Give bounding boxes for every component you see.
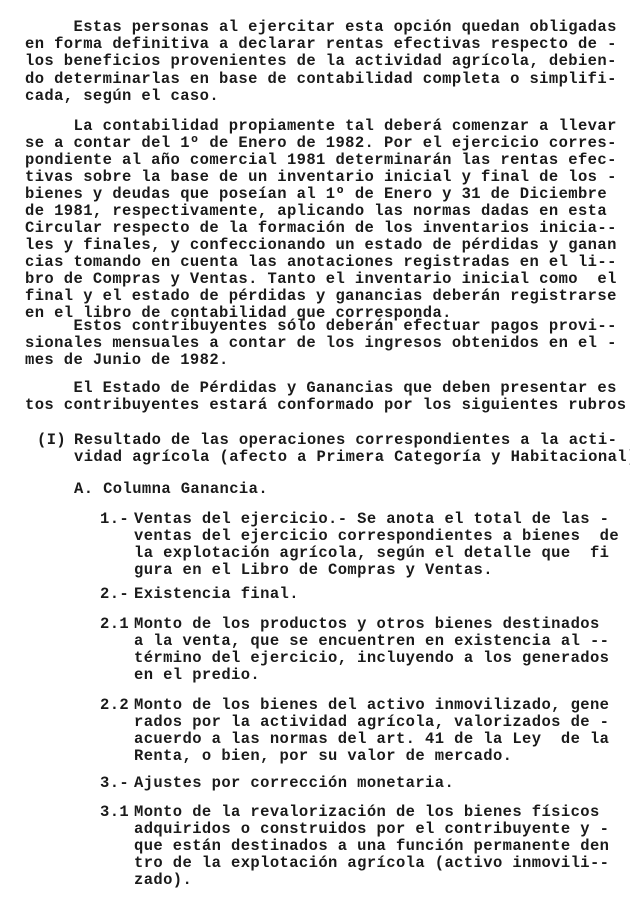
- text-line: ventas del ejercicio correspondientes a …: [134, 528, 619, 545]
- text-line: zado).: [134, 872, 192, 889]
- text-line: rados por la actividad agrícola, valoriz…: [134, 714, 609, 731]
- text-line: Estos contribuyentes sólo deberán efectu…: [25, 318, 617, 335]
- text-line: acuerdo a las normas del art. 41 de la L…: [134, 731, 609, 748]
- item-number: 2.1: [100, 616, 129, 633]
- text-line: final y el estado de pérdidas y ganancia…: [25, 288, 617, 305]
- section-marker: (I): [37, 432, 66, 449]
- text-line: Renta, o bien, por su valor de mercado.: [134, 748, 512, 765]
- text-line: cada, según el caso.: [25, 88, 219, 105]
- text-line: les y finales, y confeccionando un estad…: [25, 237, 617, 254]
- text-line: la explotación agrícola, según el detall…: [134, 545, 609, 562]
- text-line: do determinarlas en base de contabilidad…: [25, 71, 617, 88]
- text-line: Monto de los productos y otros bienes de…: [134, 616, 600, 633]
- text-line: vidad agrícola (afecto a Primera Categor…: [74, 449, 630, 466]
- text-line: tos contribuyentes estará conformado por…: [25, 397, 630, 414]
- text-line: los beneficios provenientes de la activi…: [25, 53, 617, 70]
- text-line: Circular respecto de la formación de los…: [25, 220, 617, 237]
- text-line: tivas sobre la base de un inventario ini…: [25, 169, 617, 186]
- text-line: Estas personas al ejercitar esta opción …: [25, 19, 617, 36]
- text-line: mes de Junio de 1982.: [25, 352, 229, 369]
- document-page: Estas personas al ejercitar esta opción …: [0, 0, 630, 901]
- text-line: pondiente al año comercial 1981 determin…: [25, 152, 617, 169]
- text-line: Ventas del ejercicio.- Se anota el total…: [134, 511, 609, 528]
- text-line: a la venta, que se encuentren en existen…: [134, 633, 609, 650]
- text-line: término del ejercicio, incluyendo a los …: [134, 650, 609, 667]
- item-number: 1.-: [100, 511, 129, 528]
- text-line: Resultado de las operaciones correspondi…: [74, 432, 617, 449]
- item-number: 3.1: [100, 804, 129, 821]
- text-line: Existencia final.: [134, 586, 299, 603]
- text-line: bro de Compras y Ventas. Tanto el invent…: [25, 271, 617, 288]
- text-line: La contabilidad propiamente tal deberá c…: [25, 118, 617, 135]
- text-line: de 1981, respectivamente, aplicando las …: [25, 203, 607, 220]
- text-line: en el predio.: [134, 667, 260, 684]
- text-line: Ajustes por corrección monetaria.: [134, 775, 454, 792]
- text-line: bienes y deudas que poseían al 1º de Ene…: [25, 186, 607, 203]
- text-line: Monto de los bienes del activo inmoviliz…: [134, 697, 609, 714]
- text-line: sionales mensuales a contar de los ingre…: [25, 335, 617, 352]
- text-line: tro de la explotación agrícola (activo i…: [134, 855, 609, 872]
- item-number: 2.2: [100, 697, 129, 714]
- item-number: 3.-: [100, 775, 129, 792]
- subsection-A-heading: A. Columna Ganancia.: [74, 481, 268, 498]
- text-line: Monto de la revalorización de los bienes…: [134, 804, 600, 821]
- text-line: que están destinados a una función perma…: [134, 838, 609, 855]
- text-line: se a contar del 1º de Enero de 1982. Por…: [25, 135, 617, 152]
- text-line: cias tomando en cuenta las anotaciones r…: [25, 254, 617, 271]
- text-line: El Estado de Pérdidas y Ganancias que de…: [25, 380, 617, 397]
- item-number: 2.-: [100, 586, 129, 603]
- text-line: gura en el Libro de Compras y Ventas.: [134, 562, 493, 579]
- text-line: en forma definitiva a declarar rentas ef…: [25, 36, 617, 53]
- text-line: adquiridos o construidos por el contribu…: [134, 821, 609, 838]
